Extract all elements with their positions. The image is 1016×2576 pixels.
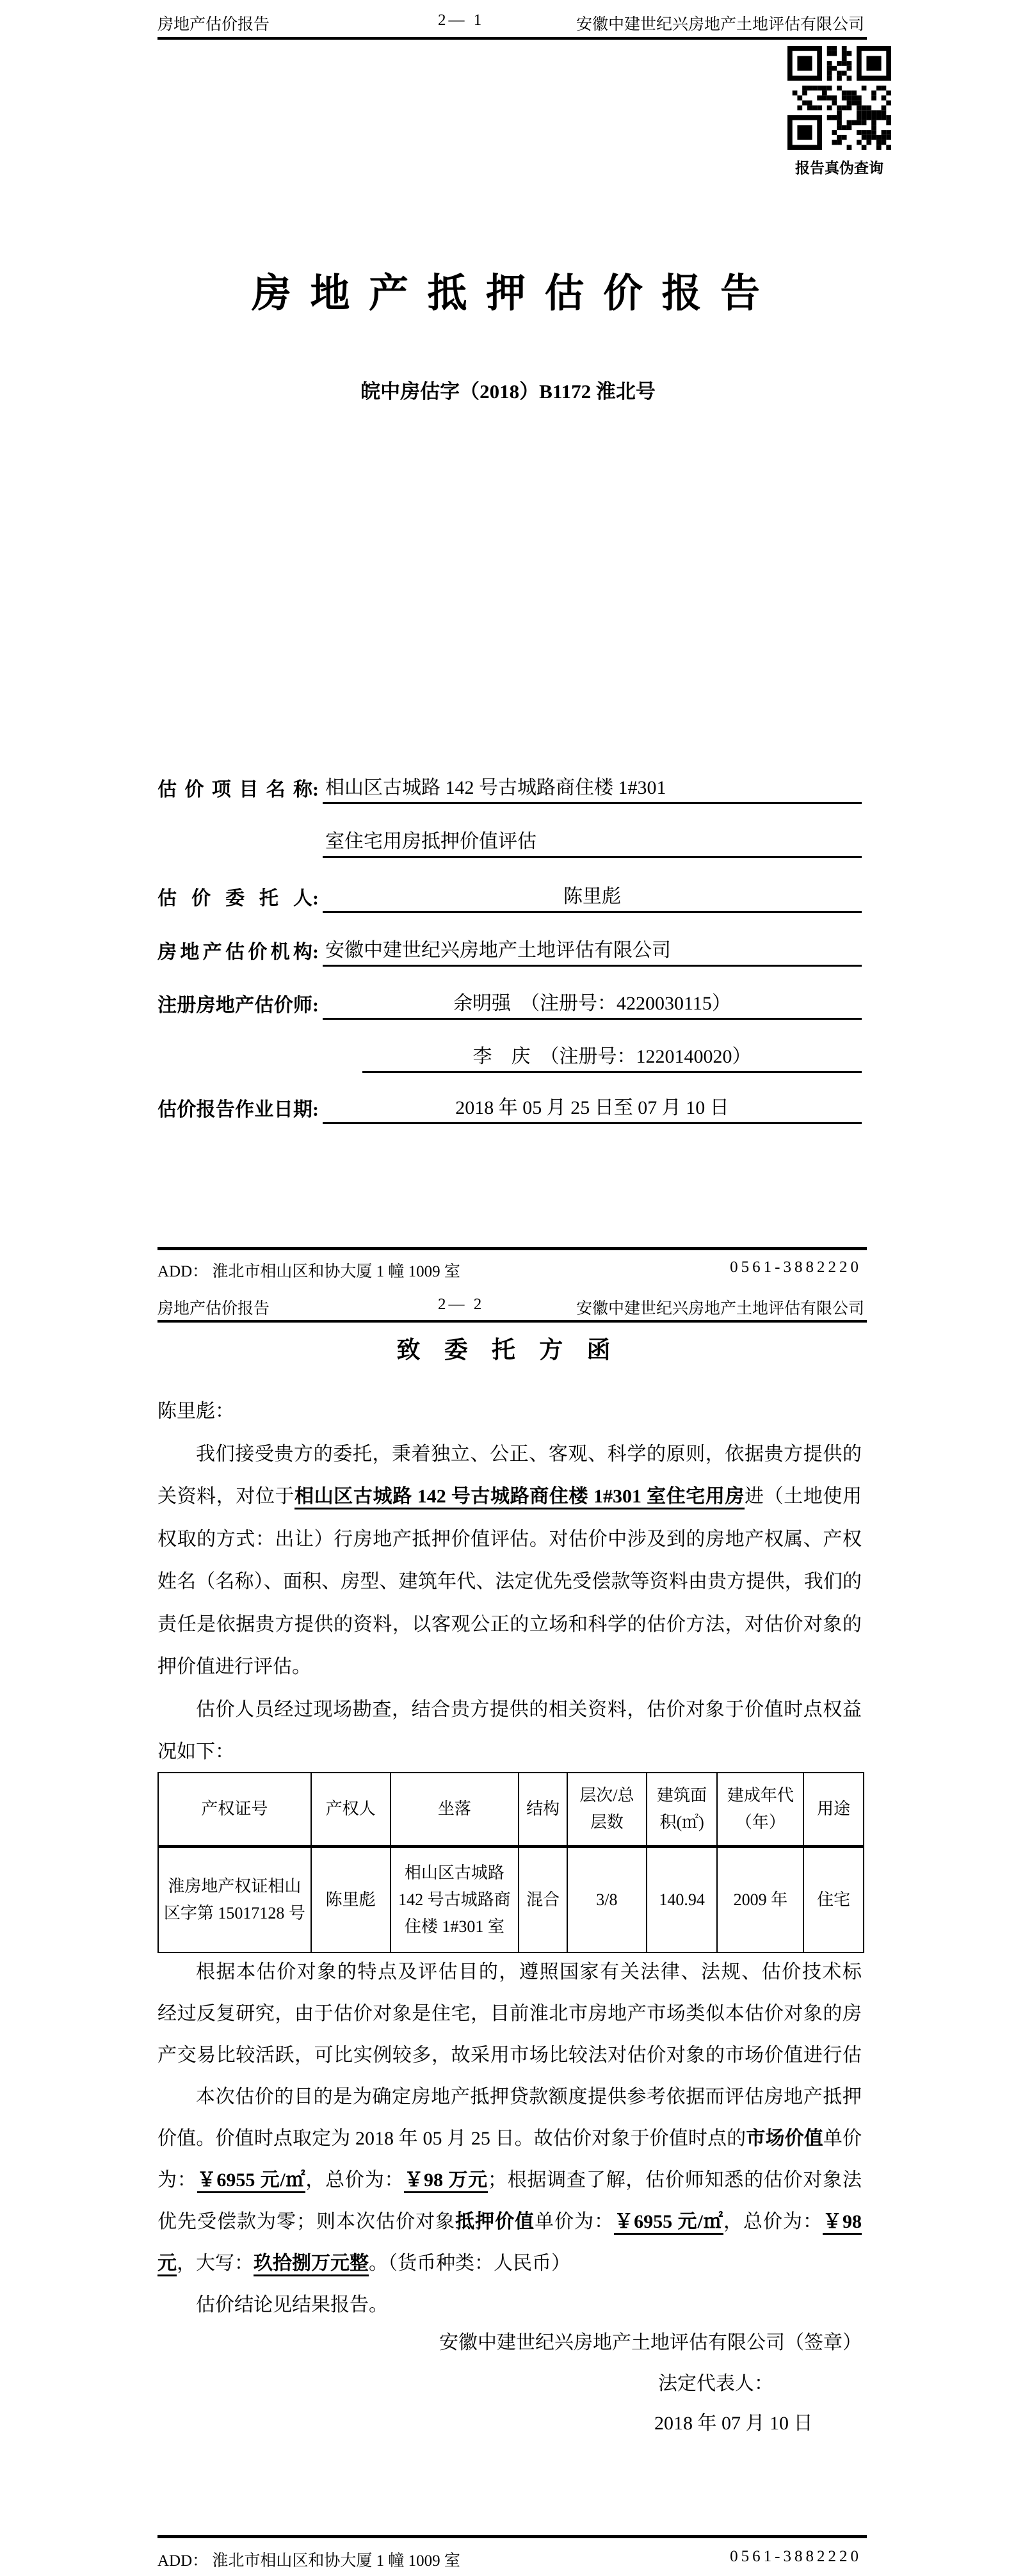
footer-rule — [157, 2535, 867, 2538]
footer-address: ADD： 淮北市相山区和协大厦 1 幢 1009 室 — [157, 2548, 460, 2571]
header-page-number: 2— 2 — [438, 1296, 484, 1314]
cell-cert-number: 淮房地产权证相山区字第 15017128 号 — [158, 1847, 311, 1953]
letter-line: 本次估价的目的是为确定房地产抵押贷款额度提供参考依据而评估房地产抵押 — [157, 2076, 862, 2118]
letter-line: 责任是依据贵方提供的资料，以客观公正的立场和科学的估价方法，对估价对象的抵 — [157, 1604, 862, 1646]
field-value: 相山区古城路 142 号古城路商住楼 1#301 — [323, 774, 862, 804]
cell-year: 2009 年 — [717, 1847, 803, 1953]
letter-line: 为：￥6955 元/㎡，总价为：￥98 万元；根据调查了解，估价师知悉的估价对象… — [157, 2159, 862, 2201]
cell-structure: 混合 — [519, 1847, 567, 1953]
field-value: 余明强 （注册号：4220030115） — [323, 990, 862, 1020]
field-value: 安徽中建世纪兴房地产土地评估有限公司 — [323, 937, 862, 967]
property-table: 产权证号 产权人 坐落 结构 层次/总层数 建筑面积(㎡) 建成年代（年） 用途… — [157, 1772, 864, 1953]
cell-usage: 住宅 — [803, 1847, 864, 1953]
qr-block: 报告真伪查询 — [787, 46, 891, 177]
cell-floor: 3/8 — [567, 1847, 647, 1953]
field-label: 估价项目名称 — [157, 776, 312, 804]
letter-body-lower: 根据本估价对象的特点及评估目的，遵照国家有关法律、法规、估价技术标准， 经过反复… — [157, 1951, 862, 2326]
letter-line: 况如下： — [157, 1731, 862, 1774]
signature-legal-rep: 法定代表人： — [658, 2370, 773, 2398]
salutation: 陈里彪： — [157, 1390, 862, 1433]
signature-company: 安徽中建世纪兴房地产土地评估有限公司（签章） — [157, 2329, 862, 2357]
field-colon: : — [312, 1096, 323, 1124]
letter-line: 押价值进行评估。 — [157, 1646, 862, 1689]
field-value: 室住宅用房抵押价值评估 — [323, 828, 862, 858]
letter-line: 估价人员经过现场勘查，结合贵方提供的相关资料，估价对象于价值时点权益状 — [157, 1689, 862, 1732]
letter-line: 根据本估价对象的特点及评估目的，遵照国家有关法律、法规、估价技术标准， — [157, 1951, 862, 1993]
field-value: 2018 年 05 月 25 日至 07 月 10 日 — [323, 1094, 862, 1124]
field-label: 房地产估价机构 — [157, 938, 312, 967]
field-label: 估价报告作业日期 — [157, 1096, 312, 1124]
col-header: 产权证号 — [158, 1773, 311, 1847]
col-header: 结构 — [519, 1773, 567, 1847]
letter-title: 致 委 托 方 函 — [0, 1330, 1016, 1365]
letter-line: 优先受偿款为零；则本次估价对象抵押价值单价为：￥6955 元/㎡，总价为：￥98… — [157, 2201, 862, 2242]
letter-line: 姓名（名称）、面积、房型、建筑年代、法定优先受偿款等资料由贵方提供，我们的 — [157, 1561, 862, 1604]
field-agency: 房地产估价机构 : 安徽中建世纪兴房地产土地评估有限公司 — [157, 935, 862, 967]
page2-running-footer: ADD： 淮北市相山区和协大厦 1 幢 1009 室 0561-3882220 — [157, 2548, 864, 2573]
qr-code-icon — [787, 46, 891, 150]
letter-line: 我们接受贵方的委托，秉着独立、公正、客观、科学的原则，依据贵方提供的相 — [157, 1433, 862, 1476]
footer-phone: 0561-3882220 — [730, 1259, 862, 1276]
col-header: 坐落 — [391, 1773, 519, 1847]
field-value: 陈里彪 — [323, 883, 862, 913]
table-row: 淮房地产权证相山区字第 15017128 号 陈里彪 相山区古城路 142 号古… — [158, 1847, 864, 1953]
signature-date: 2018 年 07 月 10 日 — [654, 2410, 813, 2438]
col-header: 层次/总层数 — [567, 1773, 647, 1847]
header-company-name: 安徽中建世纪兴房地产土地评估有限公司 — [576, 12, 864, 35]
page1-running-header: 房地产估价报告 2— 1 安徽中建世纪兴房地产土地评估有限公司 — [157, 12, 864, 40]
col-header: 用途 — [803, 1773, 864, 1847]
qr-caption: 报告真伪查询 — [787, 156, 891, 177]
letter-line: 价值。价值时点取定为 2018 年 05 月 25 日。故估价对象于价值时点的市… — [157, 2118, 862, 2159]
field-project-name: 估价项目名称 : 相山区古城路 142 号古城路商住楼 1#301 — [157, 772, 862, 804]
report-doc-number: 皖中房估字（2018）B1172 淮北号 — [0, 375, 1016, 404]
table-header-row: 产权证号 产权人 坐落 结构 层次/总层数 建筑面积(㎡) 建成年代（年） 用途 — [158, 1773, 864, 1847]
field-value: 李 庆 （注册号：1220140020） — [362, 1043, 862, 1073]
header-doc-type: 房地产估价报告 — [157, 12, 270, 35]
field-appraiser-2: 李 庆 （注册号：1220140020） — [157, 1041, 862, 1073]
page1-running-footer: ADD： 淮北市相山区和协大厦 1 幢 1009 室 0561-3882220 — [157, 1259, 864, 1284]
appraisal-report-document: 房地产估价报告 2— 1 安徽中建世纪兴房地产土地评估有限公司 报告真伪查询 房… — [0, 0, 1016, 2576]
cell-area: 140.94 — [647, 1847, 718, 1953]
header-doc-type: 房地产估价报告 — [157, 1296, 270, 1319]
field-report-date: 估价报告作业日期 : 2018 年 05 月 25 日至 07 月 10 日 — [157, 1092, 862, 1124]
field-client: 估价委托人 : 陈里彪 — [157, 881, 862, 913]
cell-location: 相山区古城路 142 号古城路商住楼 1#301 室 — [391, 1847, 519, 1953]
letter-line: 产交易比较活跃，可比实例较多，故采用市场比较法对估价对象的市场价值进行估价。 — [157, 2034, 862, 2076]
letter-line: 权取的方式：出让）行房地产抵押价值评估。对估价中涉及到的房地产权属、产权人 — [157, 1518, 862, 1561]
footer-phone: 0561-3882220 — [730, 2548, 862, 2566]
field-label: 估价委托人 — [157, 885, 312, 913]
letter-line: 元，大写：玖拾捌万元整。（货币种类：人民币） — [157, 2242, 862, 2284]
field-appraiser-1: 注册房地产估价师 : 余明强 （注册号：4220030115） — [157, 988, 862, 1020]
header-rule — [157, 37, 867, 40]
field-colon: : — [312, 938, 323, 967]
field-project-name-line2: 室住宅用房抵押价值评估 — [157, 826, 862, 858]
cell-owner: 陈里彪 — [311, 1847, 391, 1953]
col-header: 建筑面积(㎡) — [647, 1773, 718, 1847]
footer-rule — [157, 1247, 867, 1250]
header-page-number: 2— 1 — [438, 12, 484, 29]
field-colon: : — [312, 992, 323, 1020]
letter-line: 估价结论见结果报告。 — [157, 2284, 862, 2326]
letter-body-upper: 陈里彪： 我们接受贵方的委托，秉着独立、公正、客观、科学的原则，依据贵方提供的相… — [157, 1390, 862, 1774]
letter-line: 经过反复研究，由于估价对象是住宅，目前淮北市房地产市场类似本估价对象的房地 — [157, 1993, 862, 2034]
letter-line: 关资料，对位于相山区古城路 142 号古城路商住楼 1#301 室住宅用房进（土… — [157, 1476, 862, 1518]
footer-address: ADD： 淮北市相山区和协大厦 1 幢 1009 室 — [157, 1259, 460, 1282]
field-colon: : — [312, 776, 323, 804]
field-label: 注册房地产估价师 — [157, 992, 312, 1020]
col-header: 产权人 — [311, 1773, 391, 1847]
header-rule — [157, 1320, 867, 1323]
report-title: 房 地 产 抵 押 估 价 报 告 — [0, 261, 1016, 318]
header-company-name: 安徽中建世纪兴房地产土地评估有限公司 — [576, 1296, 864, 1319]
col-header: 建成年代（年） — [717, 1773, 803, 1847]
field-colon: : — [312, 885, 323, 913]
